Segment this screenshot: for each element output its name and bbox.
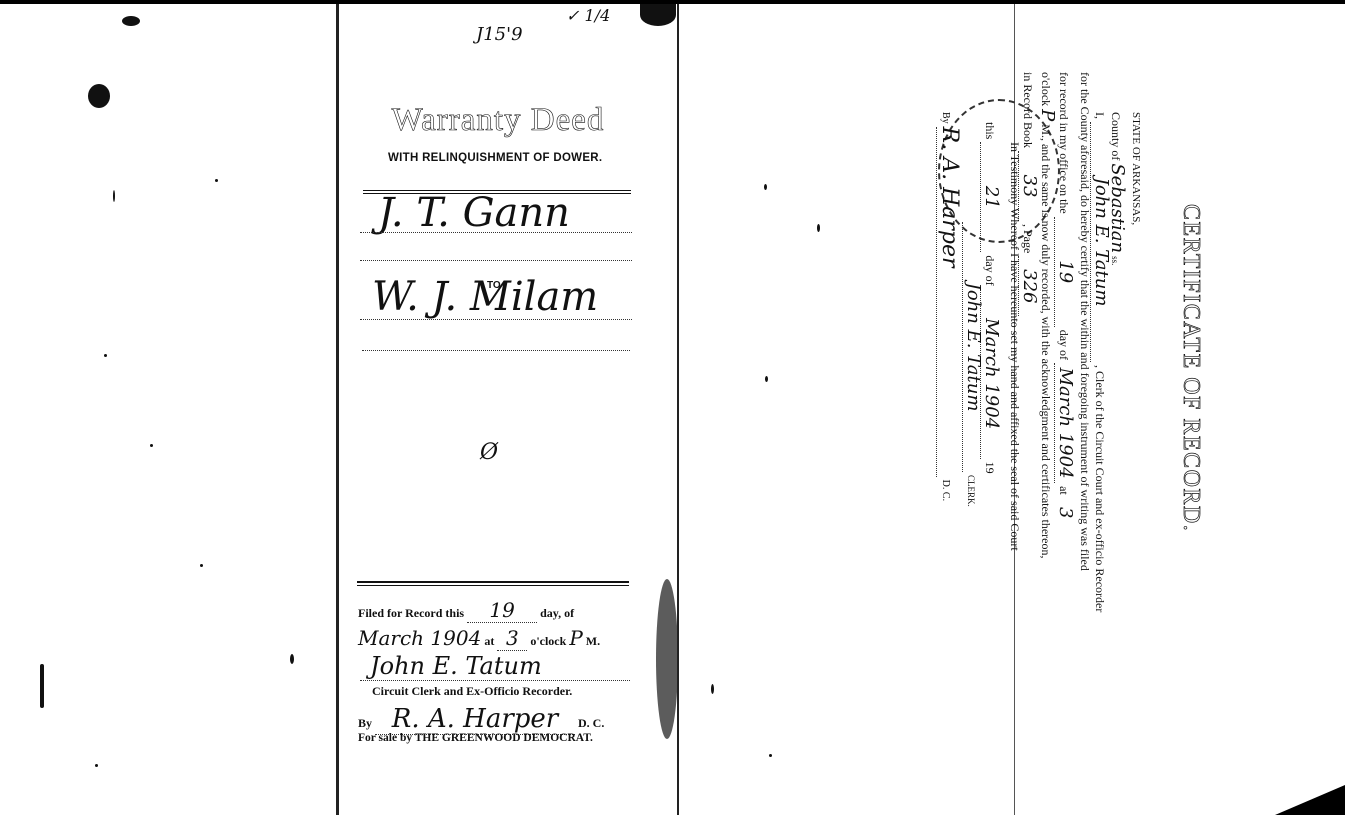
certify-line: for the County aforesaid, do hereby cert…: [1077, 72, 1092, 571]
speck: [765, 376, 768, 382]
at-label: at: [484, 634, 494, 648]
filed-suffix: day, of: [540, 606, 574, 620]
cert-by-label: By: [940, 112, 951, 124]
day-of-label: day of: [1057, 330, 1071, 360]
speck: [113, 190, 115, 202]
oclock-label: o'clock: [530, 634, 566, 648]
sign-day-of-label: day of: [983, 255, 997, 285]
speck: [711, 684, 714, 694]
ink-blot: [122, 16, 140, 26]
grantor-line: [360, 260, 632, 261]
grantee-signature: W. J. Milam: [372, 274, 598, 320]
recorded-line: o'clock P M., and the same is now duly r…: [1037, 72, 1058, 558]
filed-meridiem: P: [1037, 109, 1058, 121]
deed-subtitle: WITH RELINQUISHMENT OF DOWER.: [388, 152, 602, 164]
clerk-label: CLERK.: [966, 475, 976, 507]
ink-blot: [640, 4, 676, 26]
speck: [817, 224, 820, 232]
record-book-label: in Record Book: [1021, 72, 1035, 148]
speck: [215, 179, 218, 182]
check-mark: ✓ 1/4: [566, 6, 610, 25]
filed-day: 19: [467, 598, 537, 623]
clerk-name: John E. Tatum: [1090, 122, 1112, 362]
grantee-line: [362, 350, 630, 351]
dc-label: D. C.: [578, 716, 604, 730]
at-label: at: [1057, 486, 1071, 495]
filed-meridiem: P: [569, 626, 582, 650]
i-label: I,: [1093, 112, 1107, 119]
cert-clerk-signature: John E. Tatum: [962, 222, 984, 472]
deputy-line: By R. A. Harper D. C.: [358, 704, 604, 735]
ink-mark: [40, 664, 44, 708]
cert-deputy-sign-line: By R. A. Harper D. C.: [936, 112, 962, 501]
speck: [764, 184, 767, 190]
divider: [357, 585, 629, 586]
certify-text: for the County aforesaid, do hereby cert…: [1078, 72, 1092, 571]
center-mark: Ø: [480, 440, 498, 465]
m-label: M.: [586, 634, 600, 648]
testimony-text: In Testimony Whereof I have hereunto set…: [1008, 142, 1022, 551]
sale-note: For sale by THE GREENWOOD DEMOCRAT.: [358, 732, 593, 744]
clerk-title: Circuit Clerk and Ex-Officio Recorder.: [372, 684, 572, 699]
clerk-line: [360, 680, 630, 681]
grantor-line: [360, 232, 632, 233]
speck: [290, 654, 294, 664]
testimony-line: In Testimony Whereof I have hereunto set…: [1007, 142, 1022, 551]
by-label: By: [358, 716, 372, 730]
filed-prefix: Filed for Record this: [358, 606, 464, 620]
divider: [357, 581, 629, 583]
ink-blot: [88, 84, 110, 108]
recorded-text: M., and the same is now duly recorded, w…: [1039, 124, 1053, 558]
certificate-title: CERTIFICATE OF RECORD.: [1177, 204, 1204, 532]
deputy-signature: R. A. Harper: [375, 704, 575, 735]
clerk-title-text: , Clerk of the Circuit Court and ex-offi…: [1093, 365, 1107, 612]
torn-edge-stain: [656, 579, 678, 739]
state-line: STATE OF ARKANSAS,: [1130, 112, 1142, 225]
grantor-signature: J. T. Gann: [378, 190, 570, 236]
speck: [769, 754, 772, 757]
grantee-line: [360, 319, 632, 320]
state-label: STATE OF ARKANSAS,: [1130, 112, 1142, 225]
cert-clerk-sign-line: John E. Tatum CLERK.: [962, 222, 984, 507]
filed-hour: 3: [497, 626, 527, 651]
clerk-signature-line: John E. Tatum: [370, 652, 542, 680]
clerk-signature: John E. Tatum: [370, 652, 542, 680]
document-sheet: J15'9 ✓ 1/4 Warranty Deed WITH RELINQUIS…: [0, 4, 1345, 815]
speck: [104, 354, 107, 357]
scan-corner-shadow: [1275, 785, 1345, 815]
filed-hour: 3: [1055, 498, 1076, 528]
page-label: , Page: [1021, 224, 1035, 253]
year-suffix: 19: [983, 462, 997, 474]
blank-back-panel: [0, 4, 336, 815]
oclock-label: o'clock: [1039, 72, 1053, 106]
filed-month-year: March 1904: [358, 626, 481, 650]
clerk-line: I, John E. Tatum , Clerk of the Circuit …: [1090, 112, 1112, 612]
filed-line-1: Filed for Record this 19 day, of: [358, 598, 574, 623]
filed-line-2: March 1904 at 3 o'clock P M.: [358, 626, 600, 651]
this-label: this: [983, 122, 997, 139]
speck: [200, 564, 203, 567]
deed-number: J15'9: [476, 24, 523, 45]
cert-dc-label: D. C.: [940, 480, 951, 501]
cert-deputy-signature: R. A. Harper: [936, 127, 962, 477]
deed-title: Warranty Deed: [362, 102, 634, 139]
speck: [95, 764, 98, 767]
office-text: for record in my office on the: [1057, 72, 1071, 214]
speck: [150, 444, 153, 447]
